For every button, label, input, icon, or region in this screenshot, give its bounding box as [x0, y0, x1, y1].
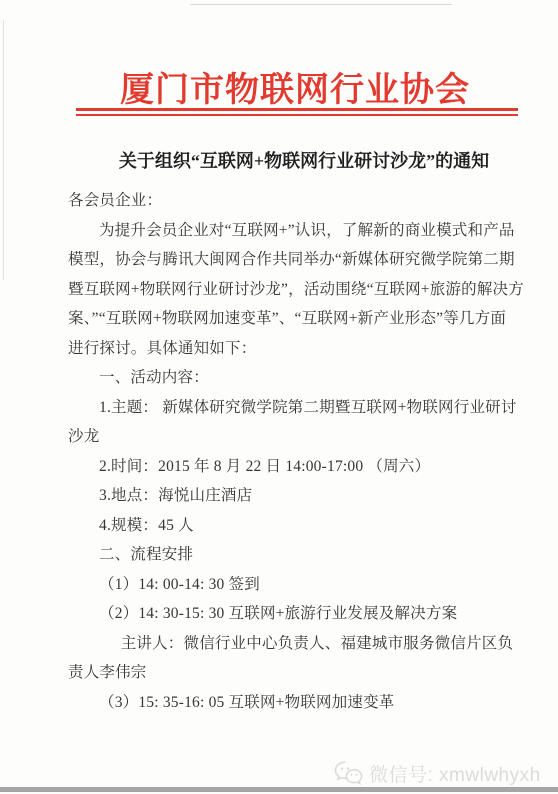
body-line: 责人李伟宗 — [68, 658, 522, 688]
body-line: 沙龙 — [68, 422, 522, 452]
body-line: 主讲人：微信行业中心负责人、福建城市服务微信片区负 — [68, 629, 522, 659]
body-line: 案、”“互联网+物联网加速变革”、“互联网+新产业形态”等几方面 — [68, 304, 522, 334]
body-line: 各会员企业： — [68, 186, 522, 216]
wechat-id-label: 微信号: xmwlwhyxh — [369, 760, 541, 787]
notice-title: 关于组织“互联网+物联网行业研讨沙龙”的通知 — [0, 147, 558, 173]
wechat-icon — [334, 760, 363, 787]
body-line: 二、流程安排 — [68, 540, 522, 570]
body-line: （1）14: 00-14: 30 签到 — [68, 570, 522, 600]
letterhead-org-name: 厦门市物联网行业协会 — [0, 62, 558, 111]
scanned-notice-page: 厦门市物联网行业协会 关于组织“互联网+物联网行业研讨沙龙”的通知 各会员企业：… — [0, 0, 558, 794]
body-line: （2）14: 30-15: 30 互联网+旅游行业发展及解决方案 — [68, 599, 522, 629]
scan-artifact-top-line — [190, 4, 452, 5]
body-line: 1.主题： 新媒体研究微学院第二期暨互联网+物联网行业研讨 — [68, 393, 522, 423]
footer-bar — [0, 787, 558, 792]
body-line: 为提升会员企业对“互联网+”认识，了解新的商业模式和产品 — [68, 216, 522, 246]
body-line: 4.规模：45 人 — [68, 511, 522, 541]
body-line: 暨互联网+物联网行业研讨沙龙”，活动围绕“互联网+旅游的解决方 — [68, 275, 522, 305]
letterhead-rule-top — [76, 108, 518, 111]
body-line: 模型，协会与腾讯大闽网合作共同举办“新媒体研究微学院第二期 — [68, 245, 522, 275]
body-line: （3）15: 35-16: 05 互联网+物联网加速变革 — [68, 688, 522, 718]
body-line: 进行探讨。具体通知如下： — [68, 334, 522, 364]
body-line: 一、活动内容： — [68, 363, 522, 393]
letterhead-rule-bottom — [76, 114, 518, 116]
notice-body: 各会员企业：为提升会员企业对“互联网+”认识，了解新的商业模式和产品模型，协会与… — [68, 186, 522, 717]
wechat-watermark: 微信号: xmwlwhyxh — [334, 760, 541, 787]
body-line: 3.地点：海悦山庄酒店 — [68, 481, 522, 511]
body-line: 2.时间：2015 年 8 月 22 日 14:00-17:00 （周六） — [68, 452, 522, 482]
